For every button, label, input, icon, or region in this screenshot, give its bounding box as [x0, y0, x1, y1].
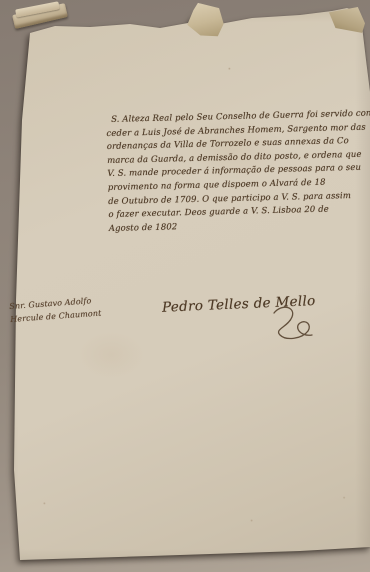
- document-paper-wrapper: [0, 0, 370, 572]
- signature-flourish-icon: [268, 305, 320, 343]
- photo-of-manuscript: { "letter": { "lines": [ "S. Alteza Real…: [0, 0, 370, 572]
- document-paper: [0, 0, 370, 572]
- letter-body: S. Alteza Real pelo Seu Conselho de Guer…: [106, 108, 349, 236]
